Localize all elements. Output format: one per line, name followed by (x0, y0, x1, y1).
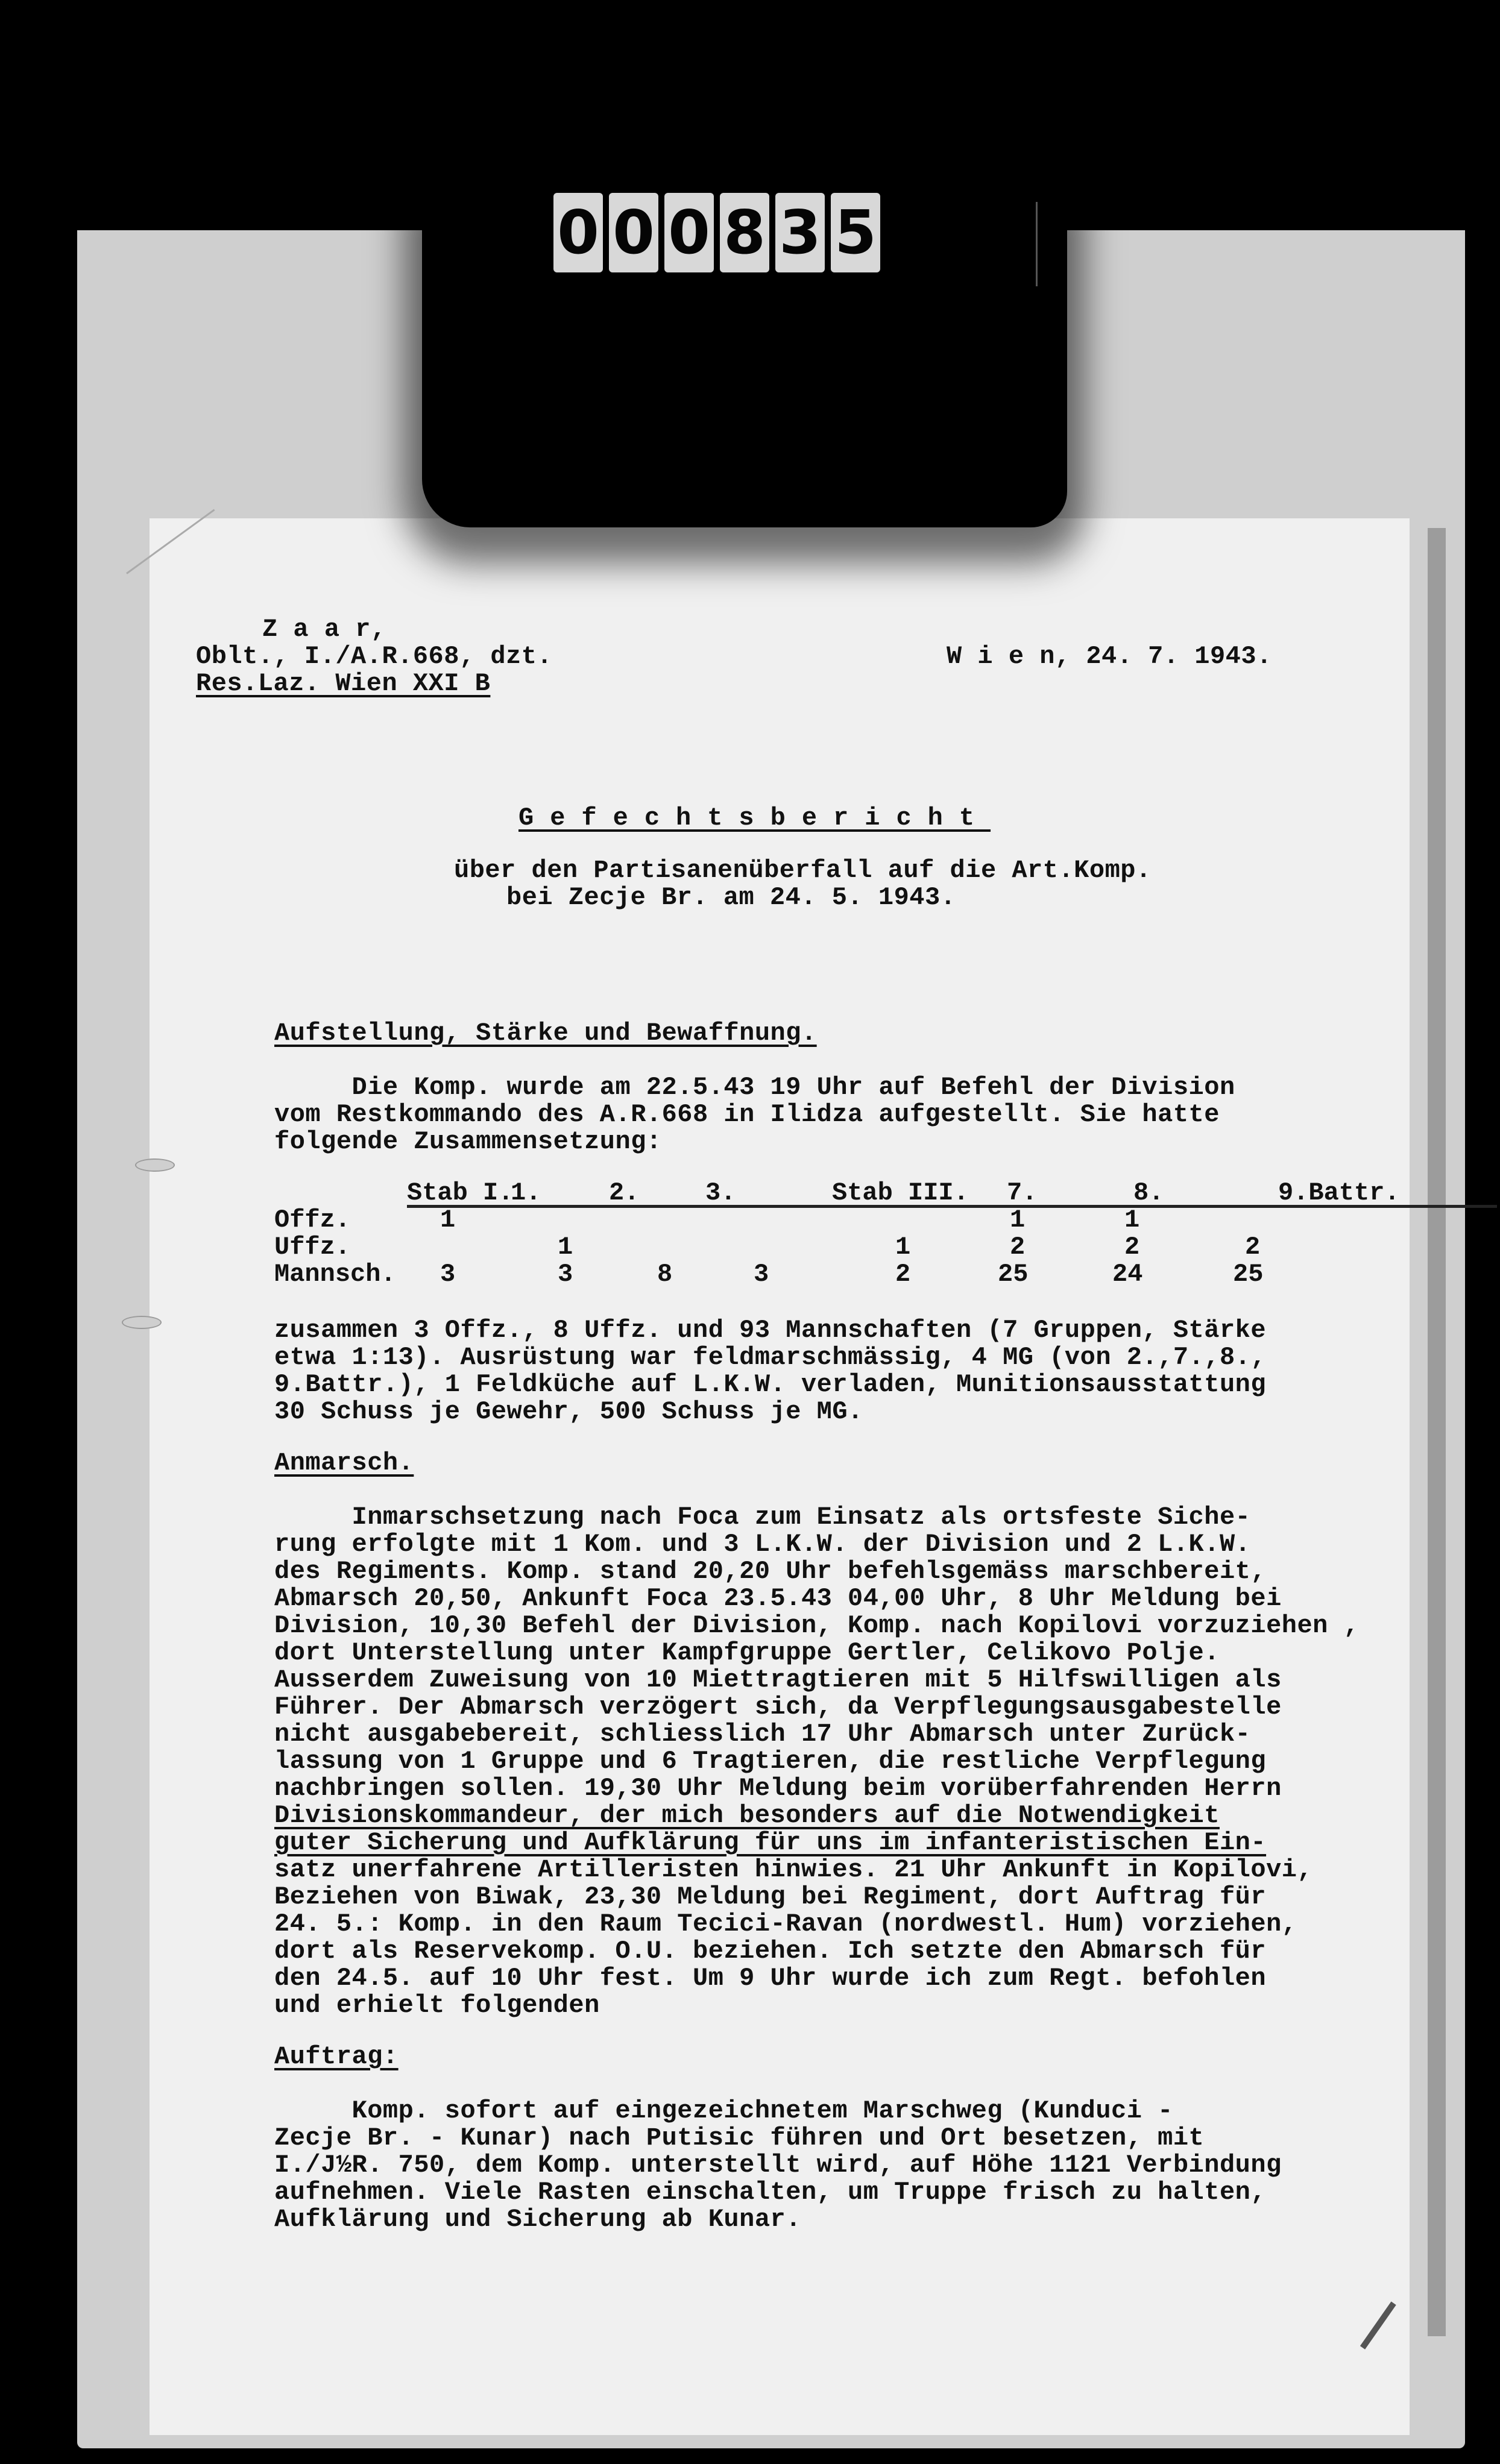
table-cell: 2 (895, 1260, 910, 1289)
counter-digit: 0 (609, 193, 658, 272)
table-cell: 1 (1124, 1205, 1139, 1234)
counter-digit: 0 (664, 193, 714, 272)
paragraph-line: 9.Battr.), 1 Feldküche auf L.K.W. verlad… (274, 1371, 1266, 1398)
paragraph-line: den 24.5. auf 10 Uhr fest. Um 9 Uhr wurd… (274, 1965, 1266, 1992)
paragraph-line: I./J½R. 750, dem Komp. unterstellt wird,… (274, 2152, 1282, 2179)
paragraph-line: lassung von 1 Gruppe und 6 Tragtieren, d… (274, 1748, 1266, 1775)
column-header: 8. (1133, 1178, 1164, 1207)
paragraph-line: Division, 10,30 Befehl der Division, Kom… (274, 1612, 1359, 1639)
paragraph-line: und erhielt folgenden (274, 1992, 600, 2019)
clamp-edge (1036, 202, 1038, 286)
report-title: Gefechtsbericht (518, 805, 991, 832)
table-cell: 1 (558, 1233, 573, 1262)
paragraph-line: vom Restkommando des A.R.668 in Ilidza a… (274, 1101, 1220, 1128)
paragraph-line: Abmarsch 20,50, Ankunft Foca 23.5.43 04,… (274, 1585, 1282, 1612)
paragraph-line: 30 Schuss je Gewehr, 500 Schuss je MG. (274, 1398, 863, 1425)
paper-edge (1428, 528, 1446, 2336)
paragraph-line: nachbringen sollen. 19,30 Uhr Meldung be… (274, 1775, 1282, 1802)
paragraph-line-underlined: guter Sicherung und Aufklärung für uns i… (274, 1829, 1266, 1856)
paragraph-line: Aufklärung und Sicherung ab Kunar. (274, 2206, 801, 2233)
table-cell: 1 (1010, 1205, 1025, 1234)
punch-hole-bottom (122, 1316, 162, 1329)
frame-counter: 0 0 0 8 3 5 (553, 193, 880, 283)
table-cell: 25 (1233, 1260, 1263, 1289)
paragraph-line: dort als Reservekomp. O.U. beziehen. Ich… (274, 1938, 1266, 1965)
paragraph-line: satz unerfahrene Artilleristen hinwies. … (274, 1856, 1312, 1884)
row-label: Mannsch. (274, 1260, 396, 1289)
column-header: 9.Battr. (1278, 1178, 1400, 1207)
table-header-underline (407, 1205, 1497, 1208)
paragraph-line: dort Unterstellung unter Kampfgruppe Ger… (274, 1639, 1220, 1667)
report-subtitle-1: über den Partisanenüberfall auf die Art.… (454, 857, 1152, 884)
paragraph-line: Komp. sofort auf eingezeichnetem Marschw… (274, 2098, 1173, 2125)
row-label: Offz. (274, 1205, 350, 1234)
paragraph-line: 24. 5.: Komp. in den Raum Tecici-Ravan (… (274, 1911, 1297, 1938)
column-header: Stab III. (832, 1178, 969, 1207)
table-cell: 1 (440, 1205, 455, 1234)
report-subtitle-2: bei Zecje Br. am 24. 5. 1943. (506, 884, 956, 911)
paragraph-line: aufnehmen. Viele Rasten einschalten, um … (274, 2179, 1266, 2206)
row-label: Uffz. (274, 1233, 350, 1262)
paragraph-line: folgende Zusammensetzung: (274, 1128, 662, 1155)
paragraph-line: Zecje Br. - Kunar) nach Putisic führen u… (274, 2125, 1204, 2152)
punch-hole-top (135, 1158, 175, 1172)
section-heading-auftrag: Auftrag: (274, 2043, 399, 2070)
paragraph-line: rung erfolgte mit 1 Kom. und 3 L.K.W. de… (274, 1531, 1250, 1558)
column-header: 1. (511, 1178, 541, 1207)
counter-digit: 0 (553, 193, 603, 272)
table-cell: 25 (998, 1260, 1028, 1289)
section-heading-anmarsch: Anmarsch. (274, 1450, 414, 1477)
paragraph-line: Die Komp. wurde am 22.5.43 19 Uhr auf Be… (274, 1074, 1235, 1101)
paragraph-line: Ausserdem Zuweisung von 10 Miettragtiere… (274, 1667, 1282, 1694)
table-cell: 1 (895, 1233, 910, 1262)
sender-name: Z a a r, (262, 616, 386, 643)
counter-digit: 8 (720, 193, 769, 272)
counter-digit: 3 (775, 193, 825, 272)
table-cell: 3 (440, 1260, 455, 1289)
paragraph-line: Inmarschsetzung nach Foca zum Einsatz al… (274, 1504, 1250, 1531)
paragraph-line: Führer. Der Abmarsch verzögert sich, da … (274, 1694, 1282, 1721)
paragraph-line: des Regiments. Komp. stand 20,20 Uhr bef… (274, 1558, 1266, 1585)
counter-digit: 5 (831, 193, 880, 272)
column-header: 7. (1007, 1178, 1037, 1207)
section-heading-aufstellung: Aufstellung, Stärke und Bewaffnung. (274, 1020, 817, 1047)
paragraph-line: nicht ausgabebereit, schliesslich 17 Uhr… (274, 1721, 1250, 1748)
column-header: Stab I. (407, 1178, 513, 1207)
column-header: 2. (609, 1178, 639, 1207)
table-cell: 8 (657, 1260, 672, 1289)
table-cell: 24 (1112, 1260, 1142, 1289)
sender-location: Res.Laz. Wien XXI B (196, 670, 490, 697)
column-header: 3. (705, 1178, 736, 1207)
paragraph-line: Beziehen von Biwak, 23,30 Meldung bei Re… (274, 1884, 1266, 1911)
place-date: W i e n, 24. 7. 1943. (947, 643, 1272, 670)
paragraph-line: zusammen 3 Offz., 8 Uffz. und 93 Mannsch… (274, 1317, 1266, 1344)
table-cell: 3 (754, 1260, 769, 1289)
paragraph-line: etwa 1:13). Ausrüstung war feldmarschmäs… (274, 1344, 1266, 1371)
table-cell: 3 (558, 1260, 573, 1289)
table-cell: 2 (1124, 1233, 1139, 1262)
table-cell: 2 (1010, 1233, 1025, 1262)
table-cell: 2 (1245, 1233, 1260, 1262)
paragraph-line-underlined: Divisionskommandeur, der mich besonders … (274, 1802, 1220, 1829)
sender-unit: Oblt., I./A.R.668, dzt. (196, 643, 552, 670)
